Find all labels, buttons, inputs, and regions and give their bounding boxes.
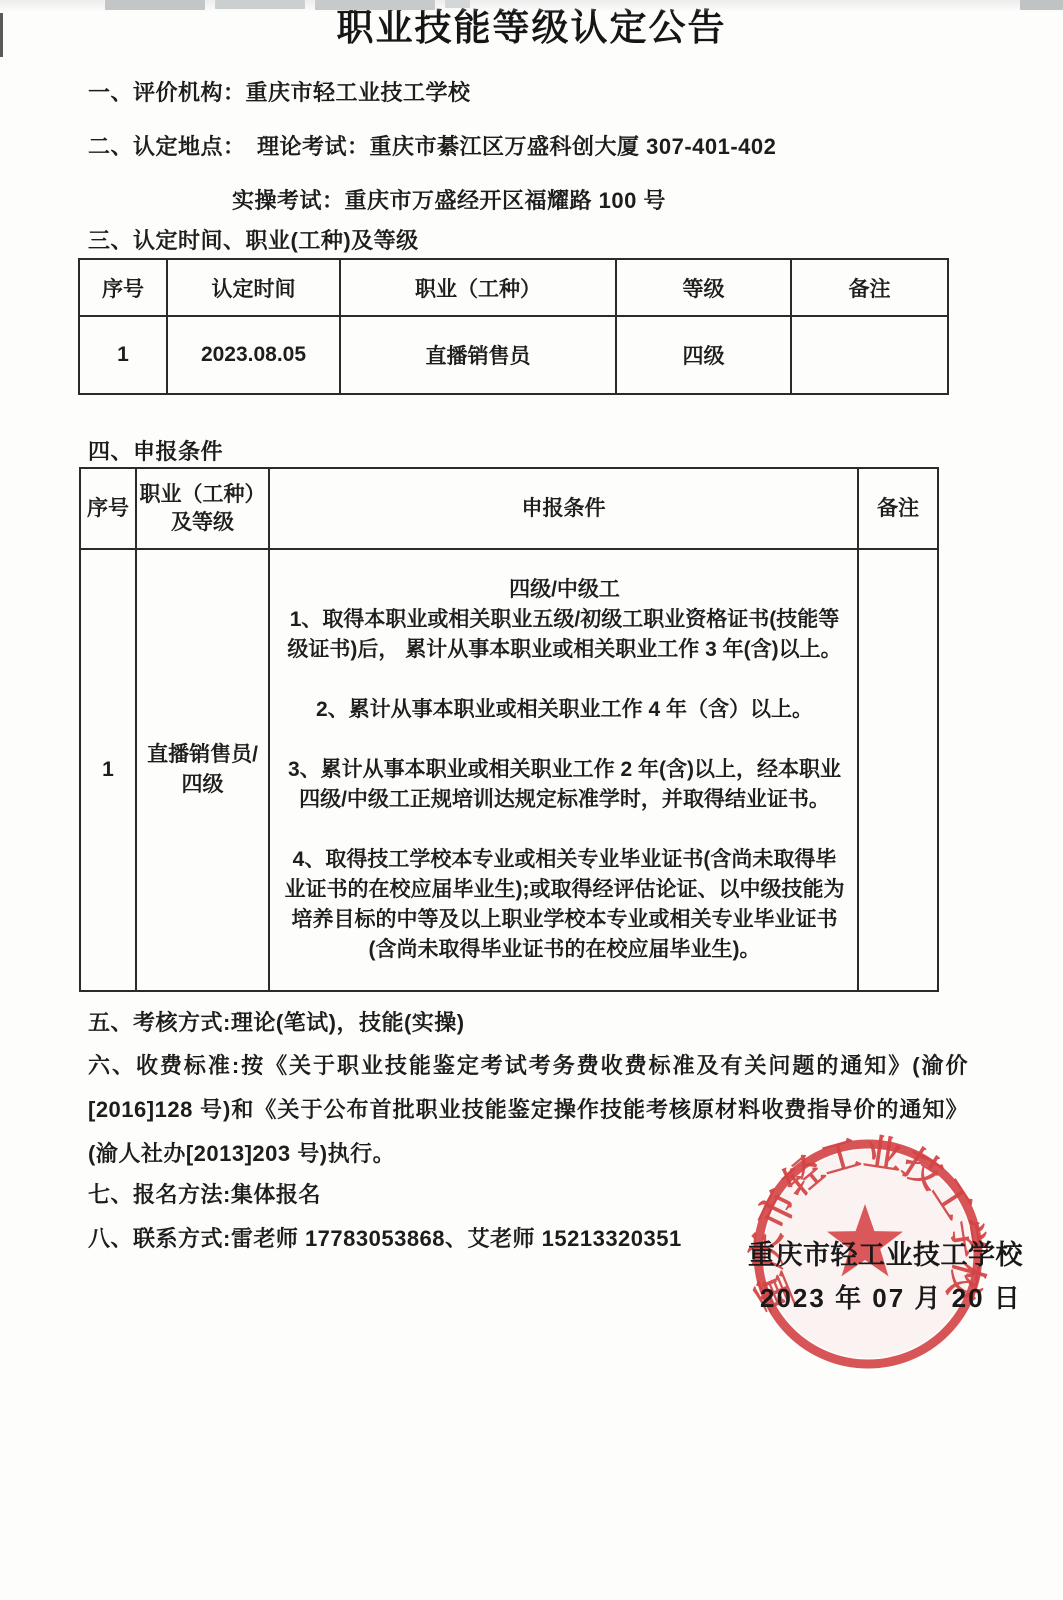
schedule-table: 序号 认定时间 职业（工种） 等级 备注 1 2023.08.05 直播销售员 … bbox=[78, 258, 949, 395]
header-serial: 序号 bbox=[80, 468, 136, 549]
cell-conditions: 四级/中级工 1、取得本职业或相关职业五级/初级工职业资格证书(技能等级证书)后… bbox=[269, 549, 858, 991]
signature-date: 2023 年 07 月 20 日 bbox=[760, 1278, 1008, 1315]
scan-artifact bbox=[1020, 0, 1063, 10]
cell-serial: 1 bbox=[80, 549, 136, 991]
cell-date: 2023.08.05 bbox=[167, 316, 340, 394]
header-serial: 序号 bbox=[79, 259, 167, 316]
cell-level: 四级 bbox=[616, 316, 791, 394]
page-title: 职业技能等级认定公告 bbox=[0, 6, 1063, 50]
schedule-table-header-row: 序号 认定时间 职业（工种） 等级 备注 bbox=[79, 259, 948, 316]
section-location-theory: 二、认定地点： 理论考试：重庆市綦江区万盛科创大厦 307-401-402 bbox=[88, 132, 1063, 162]
cell-occupation-level: 直播销售员/ 四级 bbox=[136, 549, 269, 991]
scan-artifact bbox=[315, 0, 435, 10]
header-conditions: 申报条件 bbox=[269, 468, 858, 549]
header-occupation: 职业（工种） bbox=[340, 259, 616, 316]
section-schedule-heading: 三、认定时间、职业(工种)及等级 bbox=[88, 226, 1063, 256]
scan-artifact bbox=[215, 0, 305, 9]
document-page: 职业技能等级认定公告 一、评价机构：重庆市轻工业技工学校 二、认定地点： 理论考… bbox=[0, 0, 1063, 1600]
header-date: 认定时间 bbox=[167, 259, 340, 316]
section-assessment-method: 五、考核方式:理论(笔试)，技能(实操) bbox=[88, 1008, 1063, 1038]
schedule-table-row: 1 2023.08.05 直播销售员 四级 bbox=[79, 316, 948, 394]
scan-artifact bbox=[0, 13, 3, 57]
conditions-table: 序号 职业（工种） 及等级 申报条件 备注 1 直播销售员/ 四级 四级/中级工… bbox=[79, 467, 939, 992]
conditions-table-row: 1 直播销售员/ 四级 四级/中级工 1、取得本职业或相关职业五级/初级工职业资… bbox=[80, 549, 938, 991]
scan-artifact bbox=[105, 0, 205, 10]
signature-org-name: 重庆市轻工业技工学校 bbox=[748, 1233, 1008, 1272]
cell-remark bbox=[858, 549, 938, 991]
conditions-table-header-row: 序号 职业（工种） 及等级 申报条件 备注 bbox=[80, 468, 938, 549]
header-occupation-level: 职业（工种） 及等级 bbox=[136, 468, 269, 549]
cell-occupation: 直播销售员 bbox=[340, 316, 616, 394]
cell-serial: 1 bbox=[79, 316, 167, 394]
header-level: 等级 bbox=[616, 259, 791, 316]
scan-artifact bbox=[445, 0, 470, 8]
cell-remark bbox=[791, 316, 948, 394]
section-evaluation-org: 一、评价机构：重庆市轻工业技工学校 bbox=[88, 78, 1063, 108]
signature-block: 重庆市轻工业技工学校 2023 年 07 月 20 日 bbox=[748, 1233, 1008, 1315]
header-remark: 备注 bbox=[858, 468, 938, 549]
scan-artifact-strip bbox=[0, 0, 1063, 12]
section-location-practical: 实操考试：重庆市万盛经开区福耀路 100 号 bbox=[232, 186, 1063, 216]
header-remark: 备注 bbox=[791, 259, 948, 316]
section-conditions-heading: 四、申报条件 bbox=[88, 437, 1063, 467]
